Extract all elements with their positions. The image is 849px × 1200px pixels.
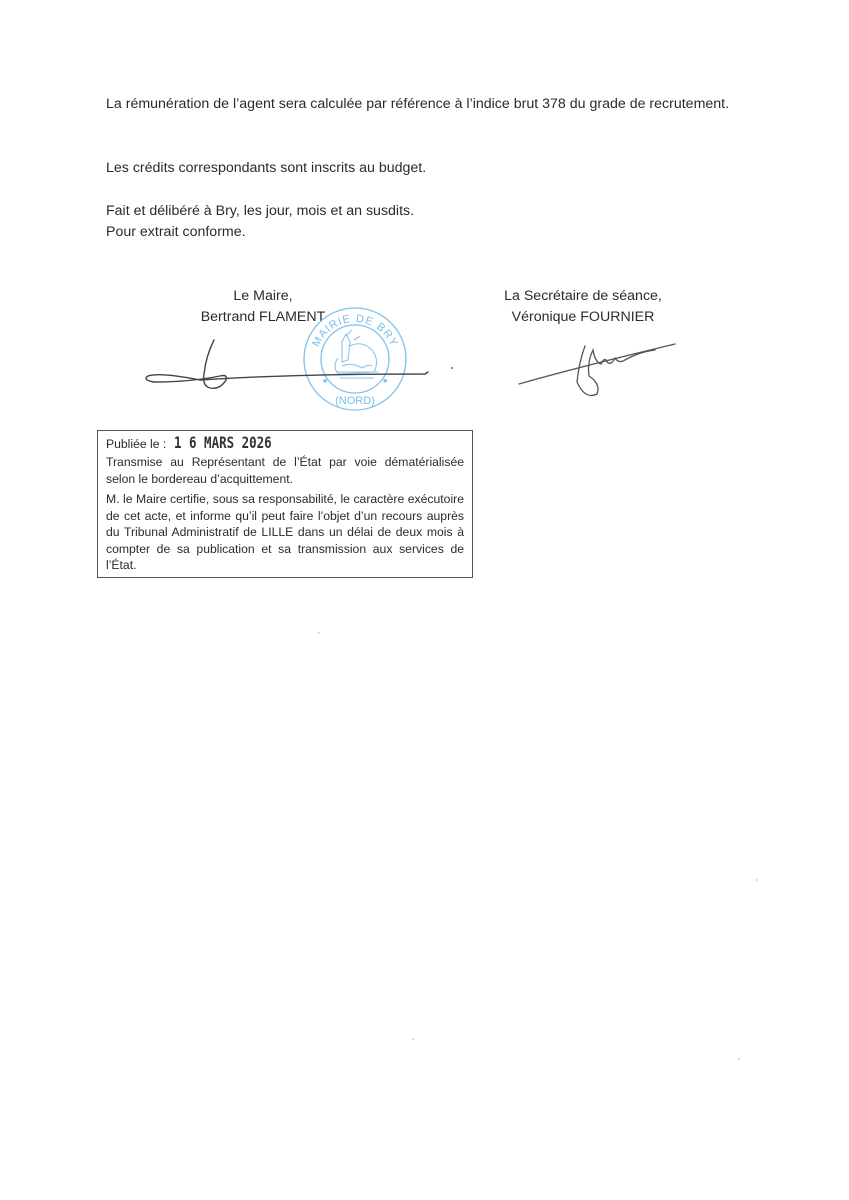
scan-speck [756,879,758,881]
publication-box: Publiée le : 1 6 MARS 2026 Transmise au … [97,430,473,578]
mayor-title: Le Maire, [188,286,338,307]
secretary-title: La Secrétaire de séance, [488,286,678,307]
mayor-signature [140,336,440,396]
secretary-name: Véronique FOURNIER [488,307,678,328]
publication-label: Publiée le : [106,436,166,453]
deliberation-line: Fait et délibéré à Bry, les jour, mois e… [106,201,414,222]
scan-speck [318,632,320,634]
stamp-bottom-text: (NORD) [335,395,375,407]
scan-speck [412,1038,414,1040]
secretary-signature [515,332,685,404]
secretary-signature-block: La Secrétaire de séance, Véronique FOURN… [488,286,678,328]
budget-paragraph: Les crédits correspondants sont inscrits… [106,158,426,179]
certification-text: M. le Maire certifie, sous sa responsabi… [106,491,464,574]
scan-speck [738,1058,740,1060]
publication-date-stamp: 1 6 MARS 2026 [174,435,272,452]
extract-conform-line: Pour extrait conforme. [106,222,246,243]
remuneration-paragraph: La rémunération de l’agent sera calculée… [106,94,748,115]
transmission-text: Transmise au Représentant de l’État par … [106,454,464,487]
